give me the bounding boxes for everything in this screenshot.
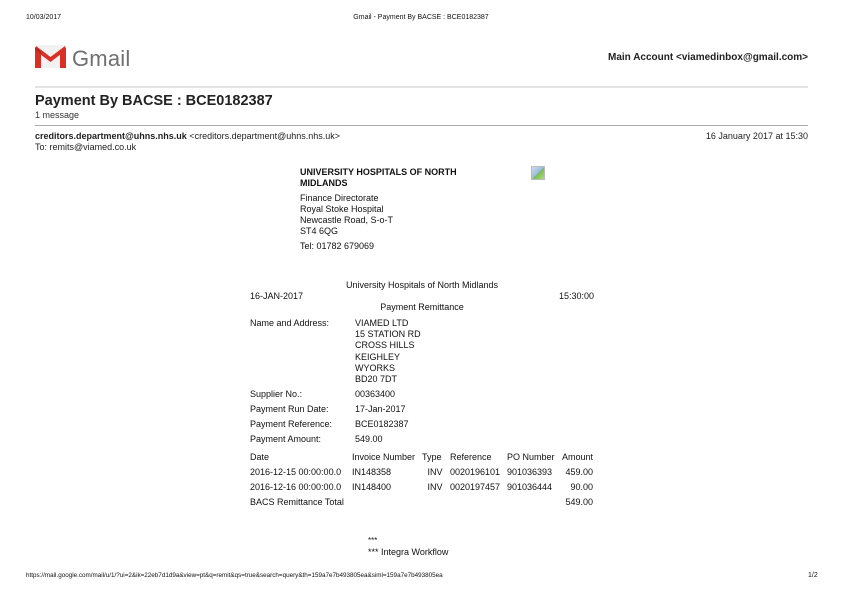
cell-amount: 90.00 — [559, 479, 595, 494]
org-block: UNIVERSITY HOSPITALS OF NORTH MIDLANDS F… — [300, 167, 500, 252]
remittance-date: 16-JAN-2017 — [250, 291, 303, 301]
cell-invoice: IN148358 — [352, 464, 422, 479]
payment-amount: 549.00 — [355, 434, 383, 444]
address-line: KEIGHLEY — [355, 352, 421, 363]
total-value: 549.00 — [559, 494, 595, 509]
total-label: BACS Remittance Total — [250, 494, 559, 509]
field-label: Payment Reference: — [250, 419, 332, 429]
cell-type: INV — [422, 464, 450, 479]
payment-reference: BCE0182387 — [355, 419, 409, 429]
cell-po: 901036393 — [507, 464, 559, 479]
org-line: Finance Directorate — [300, 193, 500, 204]
cell-amount: 459.00 — [559, 464, 595, 479]
account-label: Main Account <viamedinbox@gmail.com> — [608, 52, 808, 63]
gmail-m-icon — [35, 45, 66, 73]
org-tel: Tel: 01782 679069 — [300, 241, 500, 252]
cell-invoice: IN148400 — [352, 479, 422, 494]
page-number: 1/2 — [808, 572, 818, 579]
cell-reference: 0020196101 — [450, 464, 507, 479]
payment-run-date: 17-Jan-2017 — [355, 404, 406, 414]
column-header: Invoice Number — [352, 449, 422, 464]
column-header: Date — [250, 449, 352, 464]
sender-name: creditors.department@uhns.nhs.uk — [35, 131, 187, 141]
address-line: VIAMED LTD — [355, 318, 421, 329]
org-line: ST4 6QG — [300, 226, 500, 237]
table-header-row: Date Invoice Number Type Reference PO Nu… — [250, 449, 595, 464]
column-header: Amount — [559, 449, 595, 464]
field-label: Supplier No.: — [250, 389, 302, 399]
broken-image-icon — [531, 166, 545, 180]
recipient: To: remits@viamed.co.uk — [35, 142, 136, 152]
divider — [35, 86, 808, 88]
column-header: PO Number — [507, 449, 559, 464]
remittance-org-title: University Hospitals of North Midlands — [250, 280, 594, 290]
gmail-wordmark: Gmail — [72, 46, 130, 72]
address-line: WYORKS — [355, 363, 421, 374]
address-line: CROSS HILLS — [355, 340, 421, 351]
address-line: BD20 7DT — [355, 374, 421, 385]
column-header: Type — [422, 449, 450, 464]
supplier-address: VIAMED LTD 15 STATION RD CROSS HILLS KEI… — [355, 318, 421, 385]
field-label: Payment Run Date: — [250, 404, 329, 414]
table-row: 2016-12-15 00:00:00.0 IN148358 INV 00201… — [250, 464, 595, 479]
print-url: https://mail.google.com/mail/u/1/?ui=2&i… — [26, 572, 443, 579]
cell-reference: 0020197457 — [450, 479, 507, 494]
footer-text: *** Integra Workflow — [368, 547, 448, 557]
name-address-label: Name and Address: — [250, 318, 329, 328]
email-subject: Payment By BACSE : BCE0182387 — [35, 93, 273, 109]
supplier-number: 00363400 — [355, 389, 395, 399]
remittance-time: 15:30:00 — [559, 291, 594, 301]
footer-stars: *** — [368, 536, 377, 545]
table-row: 2016-12-16 00:00:00.0 IN148400 INV 00201… — [250, 479, 595, 494]
org-name: UNIVERSITY HOSPITALS OF NORTH MIDLANDS — [300, 167, 500, 190]
cell-date: 2016-12-16 00:00:00.0 — [250, 479, 352, 494]
address-line: 15 STATION RD — [355, 329, 421, 340]
message-count: 1 message — [35, 110, 79, 120]
invoice-table: Date Invoice Number Type Reference PO Nu… — [250, 449, 595, 509]
remittance-subtitle: Payment Remittance — [250, 302, 594, 312]
sender-address: <creditors.department@uhns.nhs.uk> — [189, 131, 340, 141]
gmail-logo[interactable]: Gmail — [35, 45, 130, 73]
cell-type: INV — [422, 479, 450, 494]
cell-po: 901036444 — [507, 479, 559, 494]
column-header: Reference — [450, 449, 507, 464]
email-date: 16 January 2017 at 15:30 — [706, 131, 808, 141]
field-label: Payment Amount: — [250, 434, 321, 444]
table-total-row: BACS Remittance Total 549.00 — [250, 494, 595, 509]
org-line: Royal Stoke Hospital — [300, 204, 500, 215]
divider — [35, 125, 808, 126]
print-title: Gmail - Payment By BACSE : BCE0182387 — [0, 14, 842, 21]
org-line: Newcastle Road, S-o-T — [300, 215, 500, 226]
sender: creditors.department@uhns.nhs.uk <credit… — [35, 131, 340, 141]
cell-date: 2016-12-15 00:00:00.0 — [250, 464, 352, 479]
